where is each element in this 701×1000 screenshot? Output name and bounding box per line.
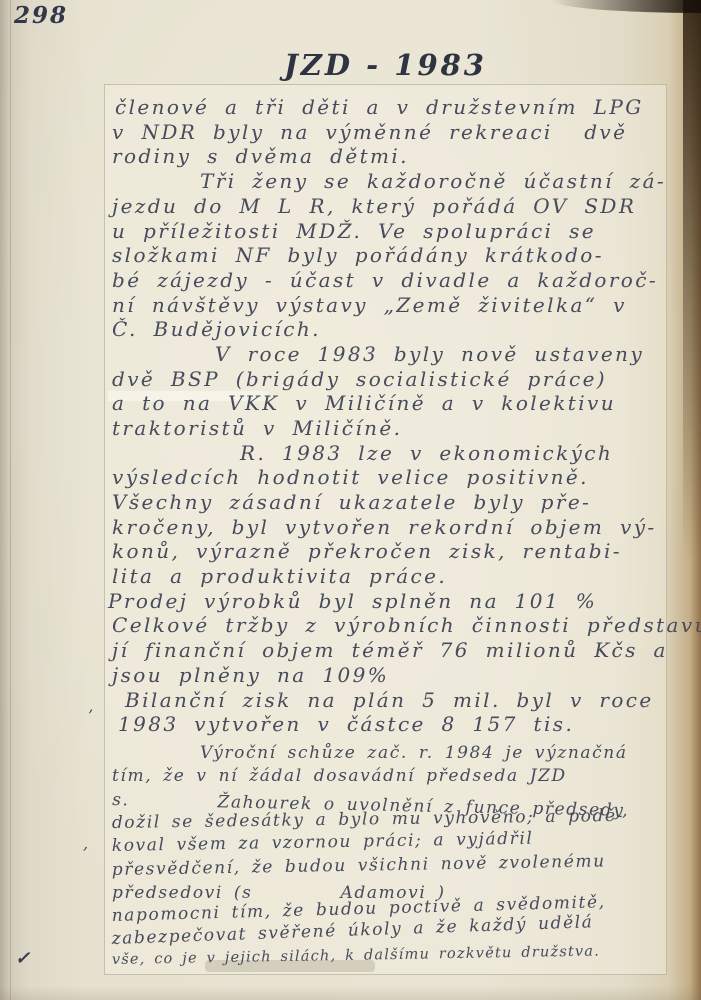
text-line: Všechny zásadní ukazatele byly pře-: [112, 492, 591, 512]
text-line: jsou plněny na 109%: [112, 665, 389, 685]
text-line: jí finanční objem téměř 76 milionů Kčs a: [112, 640, 668, 660]
text-line: traktoristů v Miličíně.: [112, 418, 402, 438]
text-line: bé zájezdy - účast v divadle a každoroč-: [112, 270, 658, 290]
book-spine-shadow: [683, 0, 701, 560]
page-number: 298: [14, 2, 68, 29]
text-line: tím, že v ní žádal dosavádní předseda JZ…: [112, 768, 567, 785]
text-line: a to na VKK v Miličíně a v kolektivu: [112, 393, 616, 413]
stray-ink-mark: ’: [88, 706, 93, 725]
text-line: Celkové tržby z výrobních činnosti předs…: [112, 615, 701, 635]
text-line: výsledcích hodnotit velice positivně.: [112, 467, 589, 487]
text-line: konů, výrazně překročen zisk, rentabi-: [112, 541, 622, 561]
text-line: dvě BSP (brigády socialistické práce): [112, 369, 607, 389]
text-line: Tři ženy se každoročně účastní zá-: [200, 171, 666, 191]
text-line: 1983 vytvořen v částce 8 157 tis.: [118, 714, 574, 734]
text-line: v NDR byly na výměnné rekreaci dvě: [112, 122, 627, 142]
text-line: R. 1983 lze v ekonomických: [240, 443, 613, 463]
scanned-chronicle-page: 298 JZD - 1983 členové a tři děti a v dr…: [0, 0, 701, 1000]
text-line: V roce 1983 byly nově ustaveny: [215, 344, 644, 364]
text-line: rodiny s dvěma dětmi.: [112, 146, 409, 166]
page-curl-shadow: [551, 0, 701, 13]
checkmark-annotation: ✓: [15, 948, 30, 969]
text-line: složkami NF byly pořádány krátkodo-: [112, 245, 604, 265]
bottom-shadow: [0, 986, 701, 1000]
text-line: u příležitosti MDŽ. Ve spolupráci se: [112, 221, 596, 241]
text-line: Č. Budějovicích.: [112, 319, 321, 339]
text-line: lita a produktivita práce.: [112, 566, 447, 586]
text-line: ní návštěvy výstavy „Země živitelka“ v: [112, 295, 627, 315]
text-line: kročeny, byl vytvořen rekordní objem vý-: [112, 517, 657, 537]
text-line: Prodej výrobků byl splněn na 101 %: [108, 591, 597, 611]
text-line: jezdu do M L R, který pořádá OV SDR: [112, 196, 636, 216]
text-line: Výroční schůze zač. r. 1984 je význačná: [200, 745, 628, 762]
page-crease: [10, 0, 11, 1000]
stray-ink-mark: ,: [83, 834, 88, 853]
text-line: Bilanční zisk na plán 5 mil. byl v roce: [125, 690, 654, 710]
text-line: členové a tři děti a v družstevním LPG: [115, 97, 644, 117]
page-title: JZD - 1983: [104, 48, 667, 82]
